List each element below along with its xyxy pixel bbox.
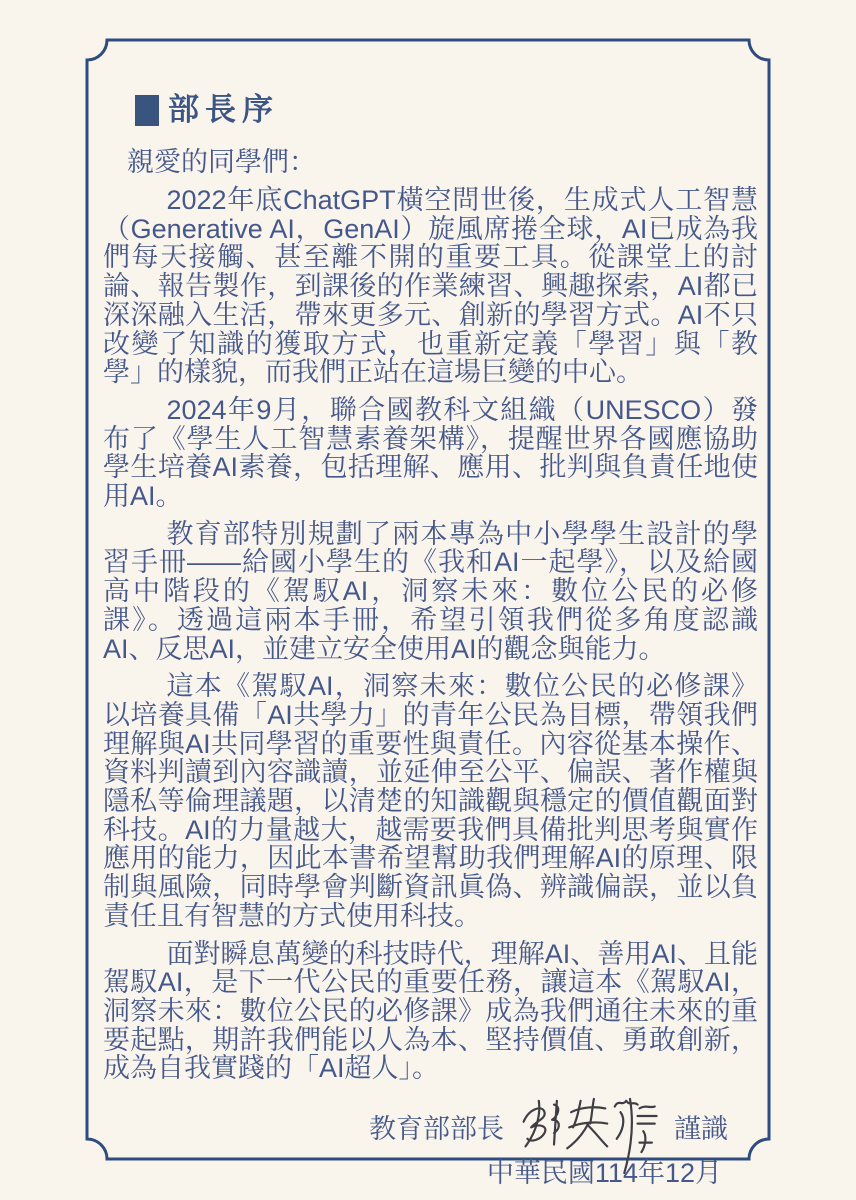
signer-title: 教育部部長 — [369, 1107, 504, 1146]
paragraph-4: 這本《駕馭AI，洞察未來：數位公民的必修課》以培養具備「AI共學力」的青年公民為… — [103, 672, 758, 930]
salutation: 親愛的同學們： — [127, 148, 758, 177]
title-square-marker-icon — [135, 95, 159, 126]
page-title: 部長序 — [168, 93, 279, 127]
signature-date-row: 中華民國114年12月 — [103, 1159, 758, 1188]
preface-page: 部長序 親愛的同學們： 2022年底ChatGPT橫空問世後，生成式人工智慧（G… — [0, 0, 856, 1200]
paragraph-1: 2022年底ChatGPT橫空問世後，生成式人工智慧（Generative AI… — [103, 186, 758, 387]
letter-content: 部長序 親愛的同學們： 2022年底ChatGPT橫空問世後，生成式人工智慧（G… — [103, 93, 758, 1188]
paragraph-2: 2024年9月，聯合國教科文組織（UNESCO）發布了《學生人工智慧素養架構》，… — [103, 396, 758, 511]
signature-closing: 謹識 — [674, 1107, 728, 1146]
section-title-row: 部長序 — [135, 93, 758, 127]
signature-date: 中華民國114年12月 — [487, 1158, 722, 1188]
paragraph-5: 面對瞬息萬變的科技時代，理解AI、善用AI、且能駕馭AI，是下一代公民的重要任務… — [103, 940, 758, 1084]
signature-row: 教育部部長 — [103, 1097, 758, 1155]
paragraph-3: 教育部特別規劃了兩本專為中小學學生設計的學習手冊——給國小學生的《我和AI一起學… — [103, 520, 758, 664]
